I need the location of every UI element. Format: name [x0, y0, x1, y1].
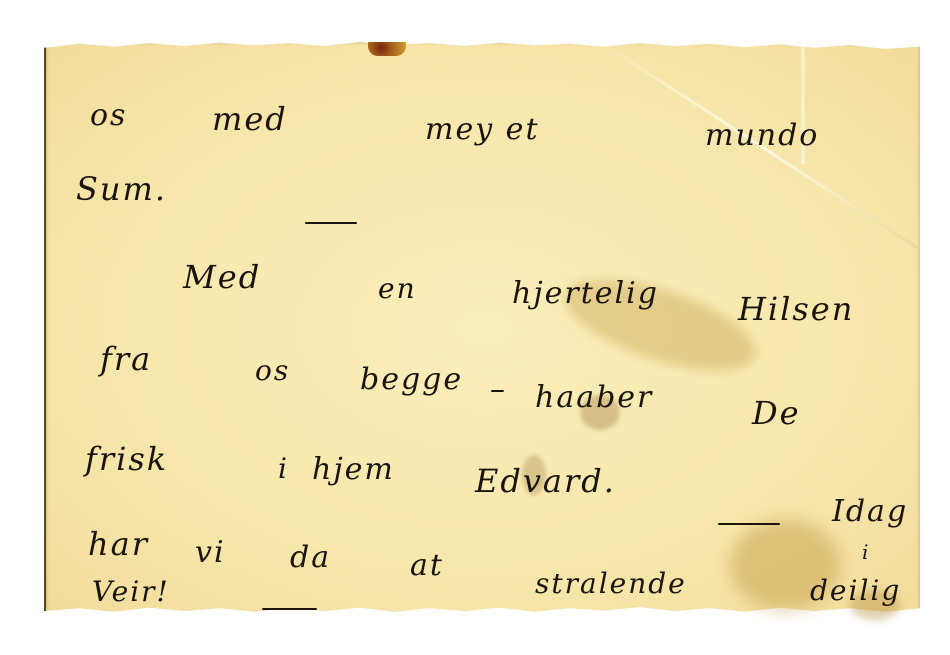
handwriting-word: – [490, 372, 507, 407]
handwriting-word: mey et [425, 112, 540, 147]
handwriting-word: Veir! [92, 575, 170, 608]
handwriting-word: fra [100, 340, 152, 378]
dash-stroke [718, 523, 780, 525]
handwriting-word: De [752, 394, 801, 432]
handwriting-word: da [290, 540, 331, 575]
handwriting-word: hjem [312, 452, 395, 487]
handwriting-word: med [212, 100, 288, 138]
handwriting-word: frisk [85, 440, 168, 478]
handwriting-word: i [862, 540, 870, 564]
handwriting-word: Idag [832, 494, 908, 529]
handwriting-word: os [255, 354, 290, 387]
handwriting-word: at [410, 548, 444, 583]
handwriting-word: hjertelig [512, 276, 659, 311]
handwriting-word: deilig [810, 574, 901, 607]
handwriting-word: begge [360, 362, 463, 397]
handwriting-word: Edvard. [475, 462, 616, 500]
dash-stroke [305, 222, 357, 224]
handwriting-word: os [90, 98, 127, 133]
handwriting-word: mundo [705, 118, 819, 153]
handwriting-word: Med [183, 258, 261, 296]
burn-mark [368, 42, 406, 56]
handwriting-word: Hilsen [738, 290, 854, 328]
handwriting-word: Sum. [76, 170, 167, 208]
dash-stroke [262, 608, 317, 610]
handwriting-word: vi [195, 535, 226, 570]
handwriting-word: har [88, 525, 149, 563]
handwriting-word: haaber [535, 380, 653, 415]
handwriting-word: i [278, 452, 289, 485]
handwriting-word: en [378, 272, 417, 305]
handwriting-word: stralende [535, 567, 687, 600]
